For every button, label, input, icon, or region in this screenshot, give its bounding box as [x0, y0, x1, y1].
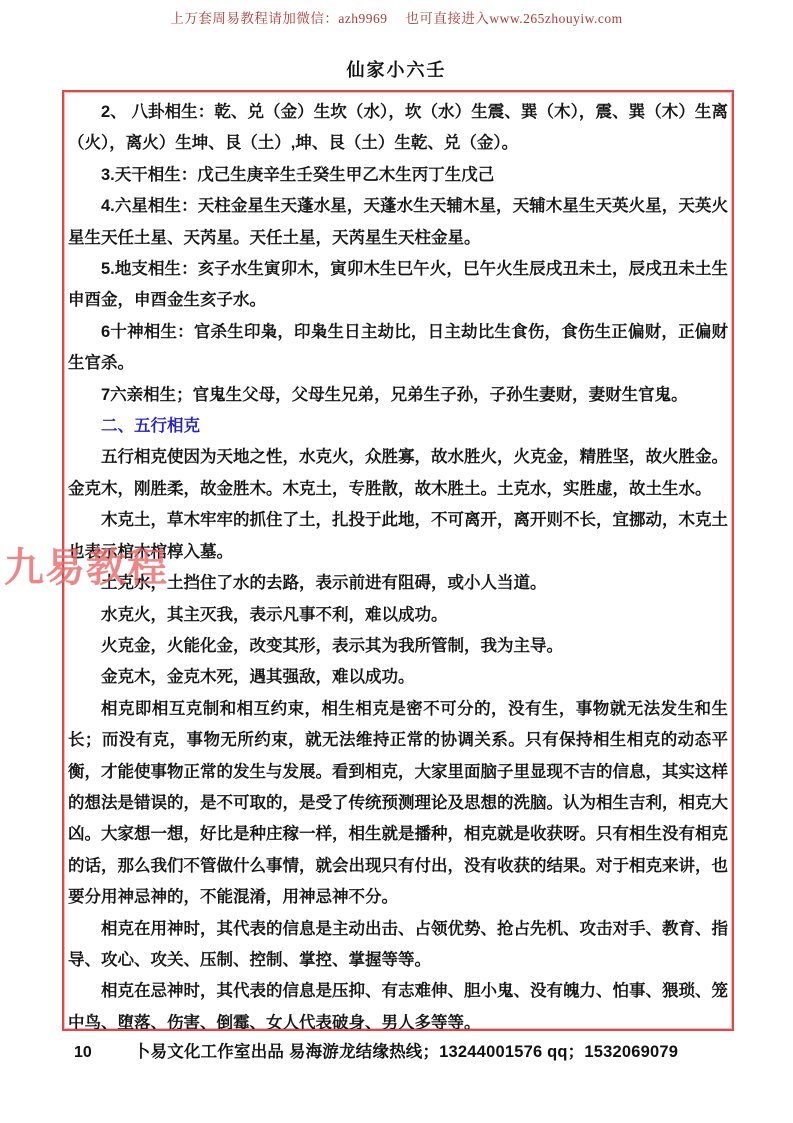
red-bordered-content-box: 2、 八卦相生：乾、兑（金）生坎（水），坎（水）生震、巽（木），震、巽（木）生离…	[62, 90, 734, 1031]
paragraph-jin-ke-mu: 金克木，金克木死，遇其强敌，难以成功。	[68, 662, 728, 693]
promo-header: 上万套周易教程请加微信：azh9969 也可直接进入www.265zhouyiw…	[0, 7, 793, 27]
paragraph-shishen-xiangsheng: 6十神相生：官杀生印枭，印枭生日主劫比，日主劫比生食伤，食伤生正偏财，正偏财生官…	[68, 317, 728, 380]
paragraph-xiangke-jishen: 相克在忌神时，其代表的信息是压抑、有志难伸、胆小鬼、没有魄力、怕事、猥琐、笼中鸟…	[68, 976, 728, 1031]
page-number: 10	[74, 1044, 92, 1062]
paragraph-wuxing-xiangke-intro: 五行相克使因为天地之性，水克火，众胜寡，故水胜火，火克金，精胜坚，故火胜金。金克…	[68, 442, 728, 505]
paragraph-huo-ke-jin: 火克金，火能化金，改变其形，表示其为我所管制，我为主导。	[68, 631, 728, 662]
page-title: 仙家小六壬	[0, 56, 793, 82]
paragraph-dizhi-xiangsheng: 5.地支相生：亥子水生寅卯木，寅卯木生巳午火，巳午火生辰戌丑未土，辰戌丑未土生申…	[68, 254, 728, 317]
section-heading-wuxing-xiangke: 二、五行相克	[68, 411, 728, 442]
publisher-contact-line: 卜易文化工作室出品 易海游龙结缘热线；13244001576 qq；153206…	[134, 1038, 678, 1062]
paragraph-mu-ke-tu: 木克土，草木牢牢的抓住了土，扎投于此地，不可离开，离开则不长，宜挪动，木克土也表…	[68, 505, 728, 568]
paragraph-xiangke-yongshen: 相克在用神时，其代表的信息是主动出击、占领优势、抢占先机、攻击对手、教育、指导、…	[68, 914, 728, 977]
paragraph-xiangke-discussion: 相克即相互克制和相互约束，相生相克是密不可分的，没有生，事物就无法发生和生长；而…	[68, 694, 728, 914]
document-page: 上万套周易教程请加微信：azh9969 也可直接进入www.265zhouyiw…	[0, 0, 793, 1123]
paragraph-liuxing-xiangsheng: 4.六星相生：天柱金星生天蓬水星，天蓬水生天辅木星，天辅木星生天英火星，天英火星…	[68, 191, 728, 254]
paragraph-liuqin-xiangsheng: 7六亲相生；官鬼生父母，父母生兄弟，兄弟生子孙，子孙生妻财，妻财生官鬼。	[68, 380, 728, 411]
paragraph-tiangan-xiangsheng: 3.天干相生：戊己生庚辛生壬癸生甲乙木生丙丁生戊己	[68, 160, 728, 191]
paragraph-shui-ke-huo: 水克火，其主灭我，表示凡事不利，难以成功。	[68, 600, 728, 631]
paragraph-bagua-xiangsheng: 2、 八卦相生：乾、兑（金）生坎（水），坎（水）生震、巽（木），震、巽（木）生离…	[68, 97, 728, 160]
paragraph-tu-ke-shui: 土克水，土挡住了水的去路，表示前进有阻碍，或小人当道。	[68, 568, 728, 599]
page-footer: 10 卜易文化工作室出品 易海游龙结缘热线；13244001576 qq；153…	[62, 1038, 742, 1062]
